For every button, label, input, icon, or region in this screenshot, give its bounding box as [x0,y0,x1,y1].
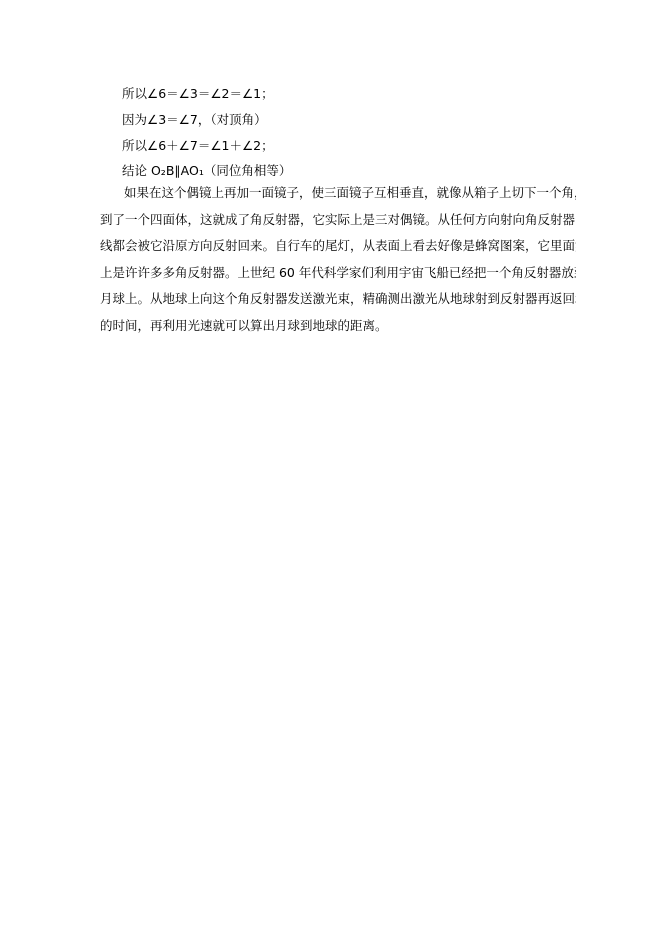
paragraph-line: 如果在这个偶镜上再加一面镜子，使三面镜子互相垂直，就像从箱子上切下一个角，得 [100,180,576,207]
paragraph-line: 线都会被它沿原方向反射回来。自行车的尾灯，从表面上看去好像是蜂窝图案，它里面实际 [100,233,576,260]
proof-line-1: 所以∠6＝∠3＝∠2＝∠1； [122,86,274,102]
paragraph-line: 的时间，再利用光速就可以算出月球到地球的距离。 [100,313,576,340]
paragraph-line: 月球上。从地球上向这个角反射器发送激光束，精确测出激光从地球射到反射器再返回地球 [100,286,576,313]
corner-reflector-paragraph: 如果在这个偶镜上再加一面镜子，使三面镜子互相垂直，就像从箱子上切下一个角，得 到… [100,180,576,339]
proof-conclusion: 结论 O₂B∥AO₁（同位角相等） [122,163,291,179]
paragraph-line: 到了一个四面体，这就成了角反射器，它实际上是三对偶镜。从任何方向射向角反射器的光 [100,207,576,234]
proof-line-3: 所以∠6＋∠7＝∠1＋∠2； [122,138,274,154]
proof-line-2: 因为∠3＝∠7，（对顶角） [122,112,267,128]
document-page: 所以∠6＝∠3＝∠2＝∠1； 因为∠3＝∠7，（对顶角） 所以∠6＋∠7＝∠1＋… [0,0,661,935]
paragraph-line: 上是许许多多角反射器。上世纪 60 年代科学家们利用宇宙飞船已经把一个角反射器放… [100,260,576,287]
